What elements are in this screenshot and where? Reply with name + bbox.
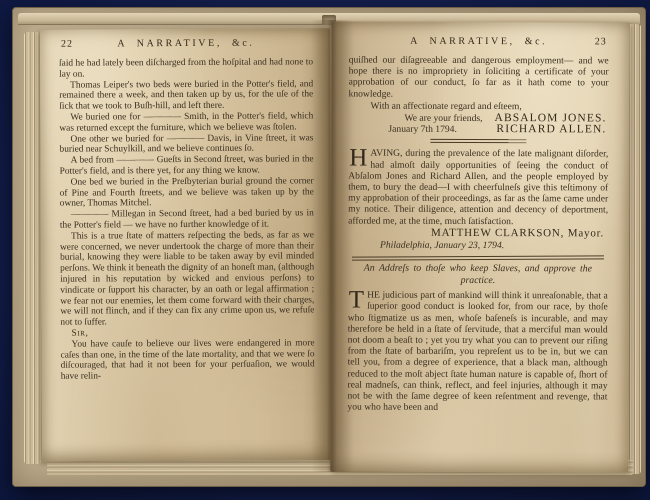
- left-page: 22 A NARRATIVE, &c. ſaid he had lately b…: [40, 28, 332, 462]
- testimony-signature: MATTHEW CLARKSON, Mayor.: [348, 227, 608, 239]
- paragraph-leiper-beds: Thomas Leiper's two beds were buried in …: [59, 79, 313, 113]
- testimony-dateline: Philadelphia, January 23, 1794.: [348, 240, 608, 252]
- paragraph-lives-endangered: You have cauſe to believe our lives were…: [60, 338, 314, 383]
- right-page-content: A NARRATIVE, &c. 23 quiſhed our diſagree…: [330, 21, 629, 414]
- right-page-header: A NARRATIVE, &c. 23: [349, 36, 609, 52]
- paragraph-millegan-bed: ———— Millegan in Second ſtreet, had a be…: [60, 208, 314, 231]
- paragraph-continuation: quiſhed our diſagreeable and dangerous e…: [349, 55, 609, 101]
- left-running-title: A NARRATIVE, &c.: [59, 38, 313, 50]
- signature-richard-allen: RICHARD ALLEN.: [496, 124, 608, 136]
- double-rule-divider: [352, 256, 604, 261]
- paragraph-smith-burial: We buried one for ———— Smith, in the Pot…: [59, 111, 313, 134]
- letter-date-line: January 7th 1794.: [348, 124, 457, 136]
- address-paragraph: THE judicious part of mankind will think…: [347, 290, 607, 414]
- address-text: HE judicious part of mankind will think …: [347, 290, 607, 413]
- testimony-text: AVING, during the prevalence of the late…: [348, 148, 608, 227]
- double-rule-divider: [430, 139, 526, 143]
- drop-cap-h: H: [348, 148, 370, 168]
- address-heading: An Addreſs to thoſe who keep Slaves, and…: [354, 263, 602, 287]
- left-page-header: 22 A NARRATIVE, &c.: [59, 38, 313, 54]
- open-book: 22 A NARRATIVE, &c. ſaid he had lately b…: [12, 7, 646, 487]
- right-running-title: A NARRATIVE, &c.: [349, 36, 609, 48]
- paragraph-guests-bed: A bed from ———— Gueſts in Second ſtreet,…: [60, 155, 314, 178]
- valediction-line: With an affectionate regard and eſteem,: [348, 100, 608, 112]
- paragraph-true-state: This is a true ſtate of matters reſpecti…: [60, 230, 315, 329]
- paragraph-davis-burial: One other we buried for ———— Davis, in V…: [59, 133, 313, 156]
- signature-row: January 7th 1794. RICHARD ALLEN.: [348, 124, 608, 136]
- testimony-paragraph: HAVING, during the prevalence of the lat…: [348, 148, 608, 227]
- paragraph-hospital: ſaid he had lately been diſcharged from …: [59, 57, 313, 80]
- right-page-number: 23: [595, 36, 607, 47]
- left-page-content: 22 A NARRATIVE, &c. ſaid he had lately b…: [40, 28, 332, 382]
- right-page: A NARRATIVE, &c. 23 quiſhed our diſagree…: [330, 21, 630, 472]
- left-page-edge-stack: [24, 32, 41, 464]
- drop-cap-t: T: [348, 290, 367, 310]
- paragraph-presbyterian-ground: One bed we buried in the Preſbyterian bu…: [60, 176, 314, 210]
- friends-line: We are your friends,: [348, 113, 482, 125]
- signature-block: We are your friends, ABSALOM JONES. Janu…: [348, 113, 608, 136]
